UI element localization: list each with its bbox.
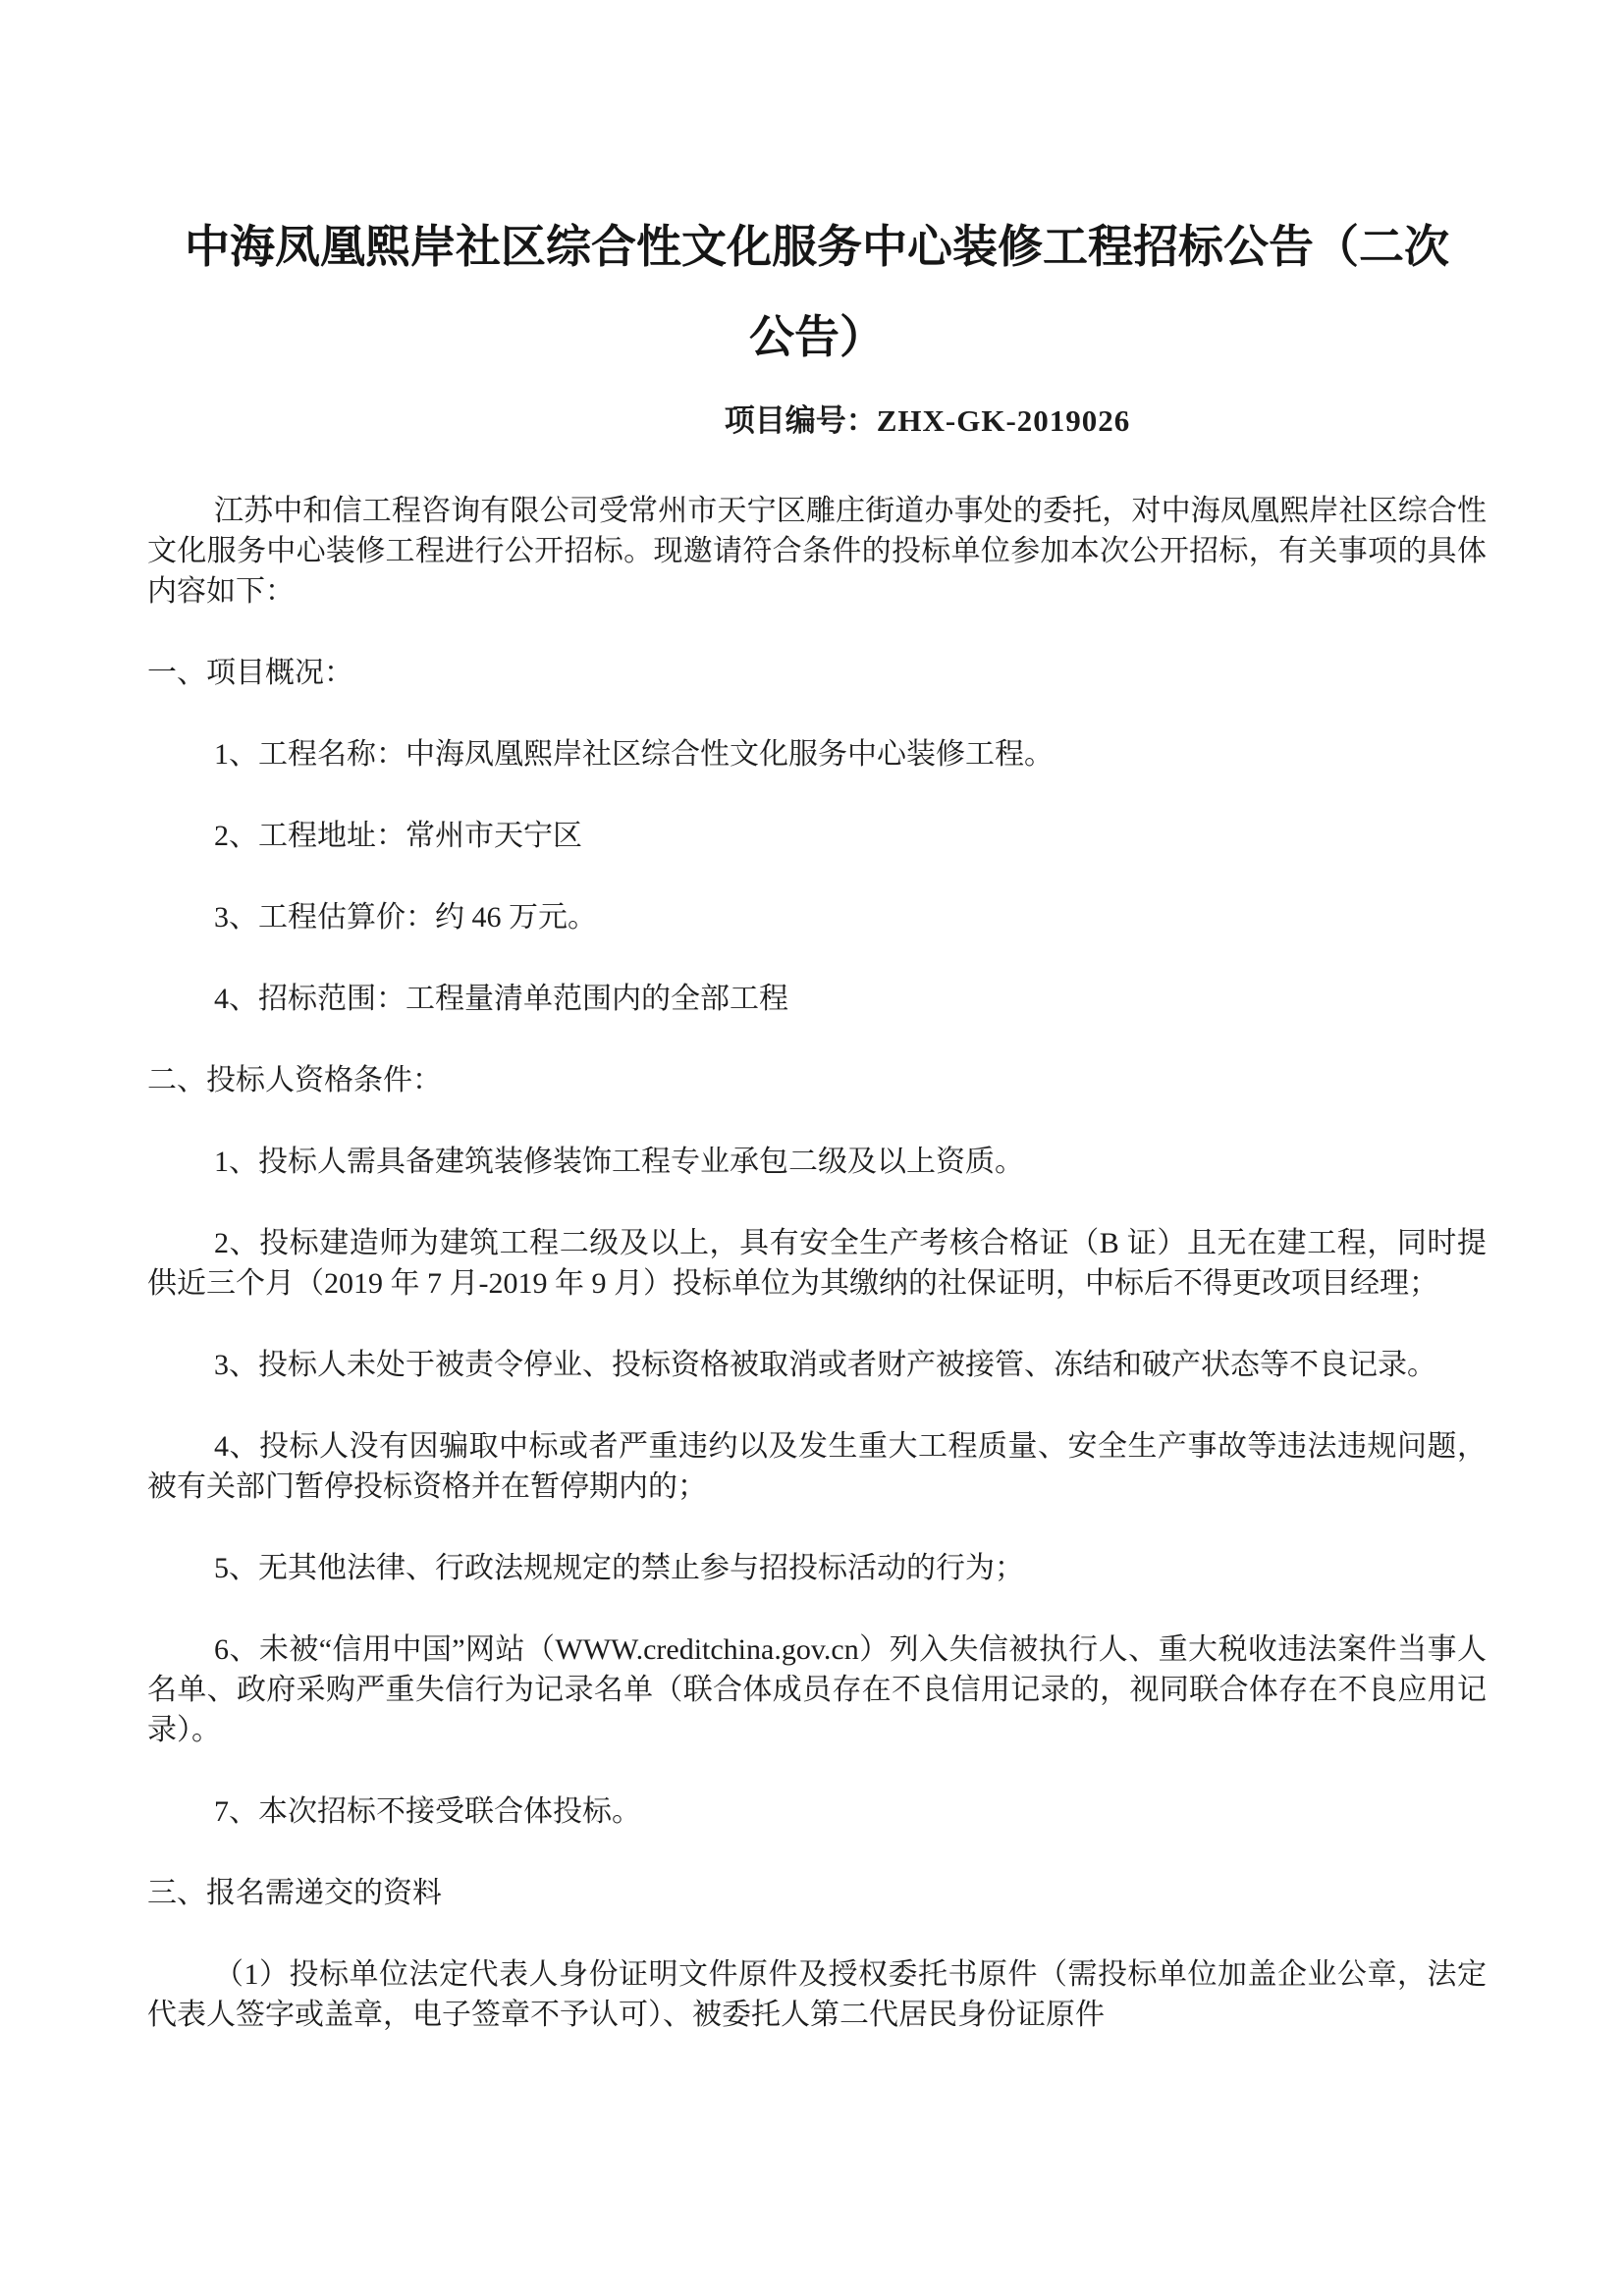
section-2-item-1: 1、投标人需具备建筑装修装饰工程专业承包二级及以上资质。	[147, 1142, 1487, 1182]
section-2-item-2: 2、投标建造师为建筑工程二级及以上，具有安全生产考核合格证（B 证）且无在建工程…	[147, 1223, 1487, 1304]
intro-paragraph: 江苏中和信工程咨询有限公司受常州市天宁区雕庄街道办事处的委托，对中海凤凰熙岸社区…	[147, 491, 1487, 612]
project-number-value: ZHX-GK-2019026	[877, 403, 1131, 438]
section-2-item-5: 5、无其他法律、行政法规规定的禁止参与招投标活动的行为；	[147, 1548, 1487, 1588]
section-1-heading: 一、项目概况：	[147, 653, 1487, 693]
section-1-item-3: 3、工程估算价：约 46 万元。	[147, 897, 1487, 937]
section-2-item-4: 4、投标人没有因骗取中标或者严重违约以及发生重大工程质量、安全生产事故等违法违规…	[147, 1426, 1487, 1507]
project-number-label: 项目编号：	[725, 403, 877, 438]
section-1-item-4: 4、招标范围：工程量清单范围内的全部工程	[147, 979, 1487, 1019]
section-3-item-1: （1）投标单位法定代表人身份证明文件原件及授权委托书原件（需投标单位加盖企业公章…	[147, 1954, 1487, 2035]
section-1-item-2: 2、工程地址：常州市天宁区	[147, 816, 1487, 856]
section-2-heading: 二、投标人资格条件：	[147, 1060, 1487, 1100]
section-2-item-6: 6、未被“信用中国”网站（WWW.creditchina.gov.cn）列入失信…	[147, 1629, 1487, 1750]
document-title: 中海凤凰熙岸社区综合性文化服务中心装修工程招标公告（二次 公告）	[147, 201, 1487, 382]
document-page: 中海凤凰熙岸社区综合性文化服务中心装修工程招标公告（二次 公告） 项目编号：ZH…	[0, 0, 1624, 2296]
section-3-heading: 三、报名需递交的资料	[147, 1873, 1487, 1913]
section-1-item-1: 1、工程名称：中海凤凰熙岸社区综合性文化服务中心装修工程。	[147, 734, 1487, 774]
section-2-item-3: 3、投标人未处于被责令停业、投标资格被取消或者财产被接管、冻结和破产状态等不良记…	[147, 1345, 1487, 1385]
document-title-line-1: 中海凤凰熙岸社区综合性文化服务中心装修工程招标公告（二次	[147, 201, 1487, 292]
section-2-item-7: 7、本次招标不接受联合体投标。	[147, 1791, 1487, 1832]
document-title-line-2: 公告）	[147, 292, 1487, 382]
project-number: 项目编号：ZHX-GK-2019026	[147, 400, 1487, 441]
